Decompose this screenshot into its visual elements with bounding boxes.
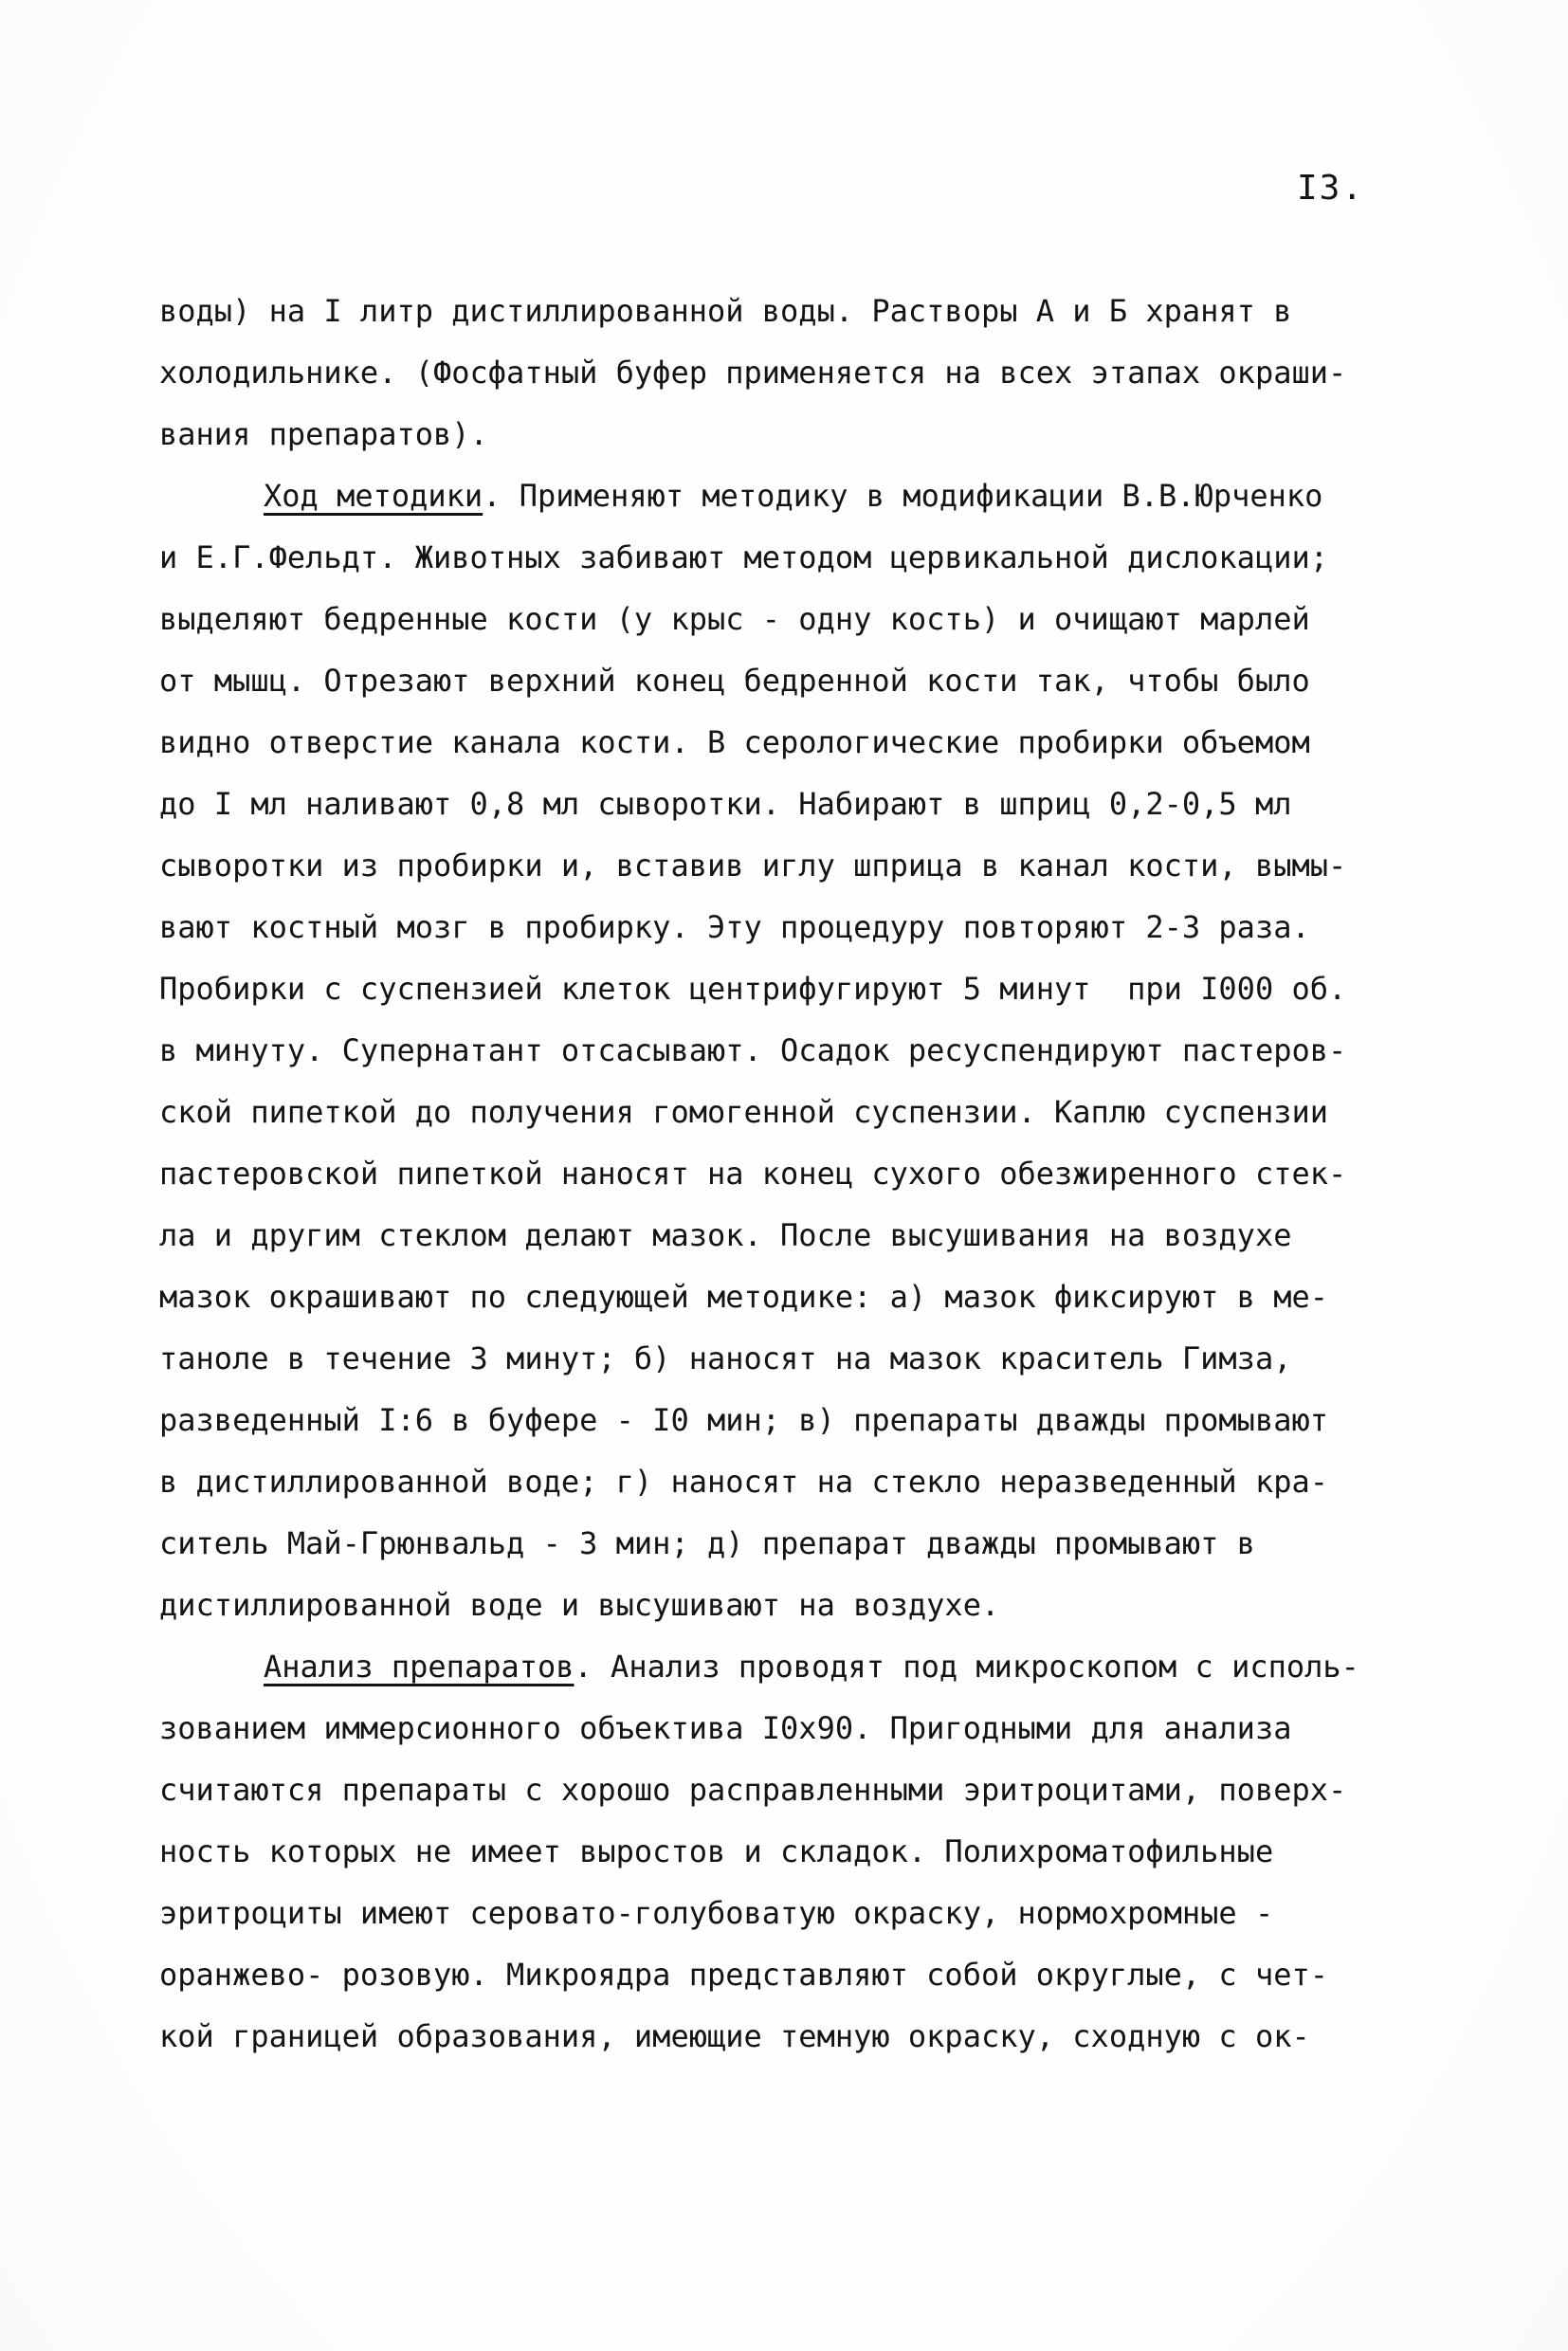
text-line: эритроциты имеют серовато-голубоватую ок… bbox=[159, 1883, 1430, 1944]
line-text: мазок окрашивают по следующей методике: … bbox=[159, 1279, 1328, 1315]
text-line: в минуту. Супернатант отсасывают. Осадок… bbox=[159, 1020, 1430, 1082]
text-line: вания препаратов). bbox=[159, 404, 1430, 465]
line-text: ла и другим стеклом делают мазок. После … bbox=[159, 1217, 1291, 1253]
line-text: воды) на I литр дистиллированной воды. Р… bbox=[159, 293, 1291, 329]
document-lines: воды) на I литр дистиллированной воды. Р… bbox=[159, 281, 1430, 2068]
line-text: видно отверстие канала кости. В серологи… bbox=[159, 724, 1310, 760]
text-line: до I мл наливают 0,8 мл сыворотки. Набир… bbox=[159, 774, 1430, 835]
line-text: эритроциты имеют серовато-голубоватую ок… bbox=[159, 1895, 1273, 1931]
line-text: . Применяют методику в модификации В.В.Ю… bbox=[483, 478, 1322, 514]
line-text: ность которых не имеет выростов и складо… bbox=[159, 1833, 1273, 1869]
text-line: ской пипеткой до получения гомогенной су… bbox=[159, 1082, 1430, 1143]
text-line: Анализ препаратов. Анализ проводят под м… bbox=[159, 1636, 1430, 1698]
text-line: от мышц. Отрезают верхний конец бедренно… bbox=[159, 650, 1430, 712]
text-line: ситель Май-Грюнвальд - 3 мин; д) препара… bbox=[159, 1513, 1430, 1575]
line-text: таноле в течение 3 минут; б) наносят на … bbox=[159, 1340, 1291, 1376]
line-text: выделяют бедренные кости (у крыс - одну … bbox=[159, 601, 1310, 637]
line-text: в минуту. Супернатант отсасывают. Осадок… bbox=[159, 1032, 1346, 1068]
line-text: пастеровской пипеткой наносят на конец с… bbox=[159, 1156, 1346, 1192]
line-text: сыворотки из пробирки и, вставив иглу шп… bbox=[159, 847, 1346, 884]
text-line: выделяют бедренные кости (у крыс - одну … bbox=[159, 589, 1430, 650]
text-line: кой границей образования, имеющие темную… bbox=[159, 2006, 1430, 2068]
text-line: таноле в течение 3 минут; б) наносят на … bbox=[159, 1328, 1430, 1390]
line-text: до I мл наливают 0,8 мл сыворотки. Набир… bbox=[159, 786, 1291, 822]
text-line: вают костный мозг в пробирку. Эту процед… bbox=[159, 897, 1430, 958]
line-text: ситель Май-Грюнвальд - 3 мин; д) препара… bbox=[159, 1525, 1255, 1561]
line-text: . Анализ проводят под микроскопом с испо… bbox=[574, 1649, 1359, 1685]
line-text: вают костный мозг в пробирку. Эту процед… bbox=[159, 909, 1310, 945]
text-line: видно отверстие канала кости. В серологи… bbox=[159, 712, 1430, 774]
text-line: зованием иммерсионного объектива I0х90. … bbox=[159, 1698, 1430, 1759]
text-line: пастеровской пипеткой наносят на конец с… bbox=[159, 1143, 1430, 1205]
scanned-page: I3. воды) на I литр дистиллированной вод… bbox=[0, 0, 1568, 2351]
section-heading: Ход методики bbox=[264, 478, 483, 514]
line-text: считаются препараты с хорошо расправленн… bbox=[159, 1772, 1346, 1808]
line-text: холодильнике. (Фосфатный буфер применяет… bbox=[159, 355, 1346, 391]
line-text: от мышц. Отрезают верхний конец бедренно… bbox=[159, 663, 1310, 699]
text-line: холодильнике. (Фосфатный буфер применяет… bbox=[159, 342, 1430, 404]
text-line: оранжево- розовую. Микроядра представляю… bbox=[159, 1944, 1430, 2006]
text-line: ность которых не имеет выростов и складо… bbox=[159, 1821, 1430, 1883]
text-line: дистиллированной воде и высушивают на во… bbox=[159, 1575, 1430, 1636]
line-text: и Е.Г.Фельдт. Животных забивают методом … bbox=[159, 539, 1328, 575]
text-line: разведенный I:6 в буфере - I0 мин; в) пр… bbox=[159, 1390, 1430, 1451]
text-line: Пробирки с суспензией клеток центрифугир… bbox=[159, 958, 1430, 1020]
line-text: вания препаратов). bbox=[159, 416, 488, 452]
text-line: Ход методики. Применяют методику в модиф… bbox=[159, 465, 1430, 527]
line-text: зованием иммерсионного объектива I0х90. … bbox=[159, 1710, 1291, 1746]
text-line: в дистиллированной воде; г) наносят на с… bbox=[159, 1451, 1430, 1513]
text-line: и Е.Г.Фельдт. Животных забивают методом … bbox=[159, 527, 1430, 589]
text-line: сыворотки из пробирки и, вставив иглу шп… bbox=[159, 835, 1430, 897]
text-line: считаются препараты с хорошо расправленн… bbox=[159, 1759, 1430, 1821]
line-text: разведенный I:6 в буфере - I0 мин; в) пр… bbox=[159, 1402, 1328, 1438]
text-line: мазок окрашивают по следующей методике: … bbox=[159, 1267, 1430, 1328]
page-number: I3. bbox=[1297, 169, 1364, 208]
line-text: кой границей образования, имеющие темную… bbox=[159, 2018, 1310, 2054]
text-line: ла и другим стеклом делают мазок. После … bbox=[159, 1205, 1430, 1267]
line-text: Пробирки с суспензией клеток центрифугир… bbox=[159, 971, 1346, 1007]
text-line: воды) на I литр дистиллированной воды. Р… bbox=[159, 281, 1430, 342]
line-text: оранжево- розовую. Микроядра представляю… bbox=[159, 1957, 1328, 1993]
line-text: в дистиллированной воде; г) наносят на с… bbox=[159, 1464, 1328, 1500]
line-text: дистиллированной воде и высушивают на во… bbox=[159, 1587, 999, 1623]
section-heading: Анализ препаратов bbox=[264, 1649, 574, 1685]
line-text: ской пипеткой до получения гомогенной су… bbox=[159, 1094, 1328, 1130]
